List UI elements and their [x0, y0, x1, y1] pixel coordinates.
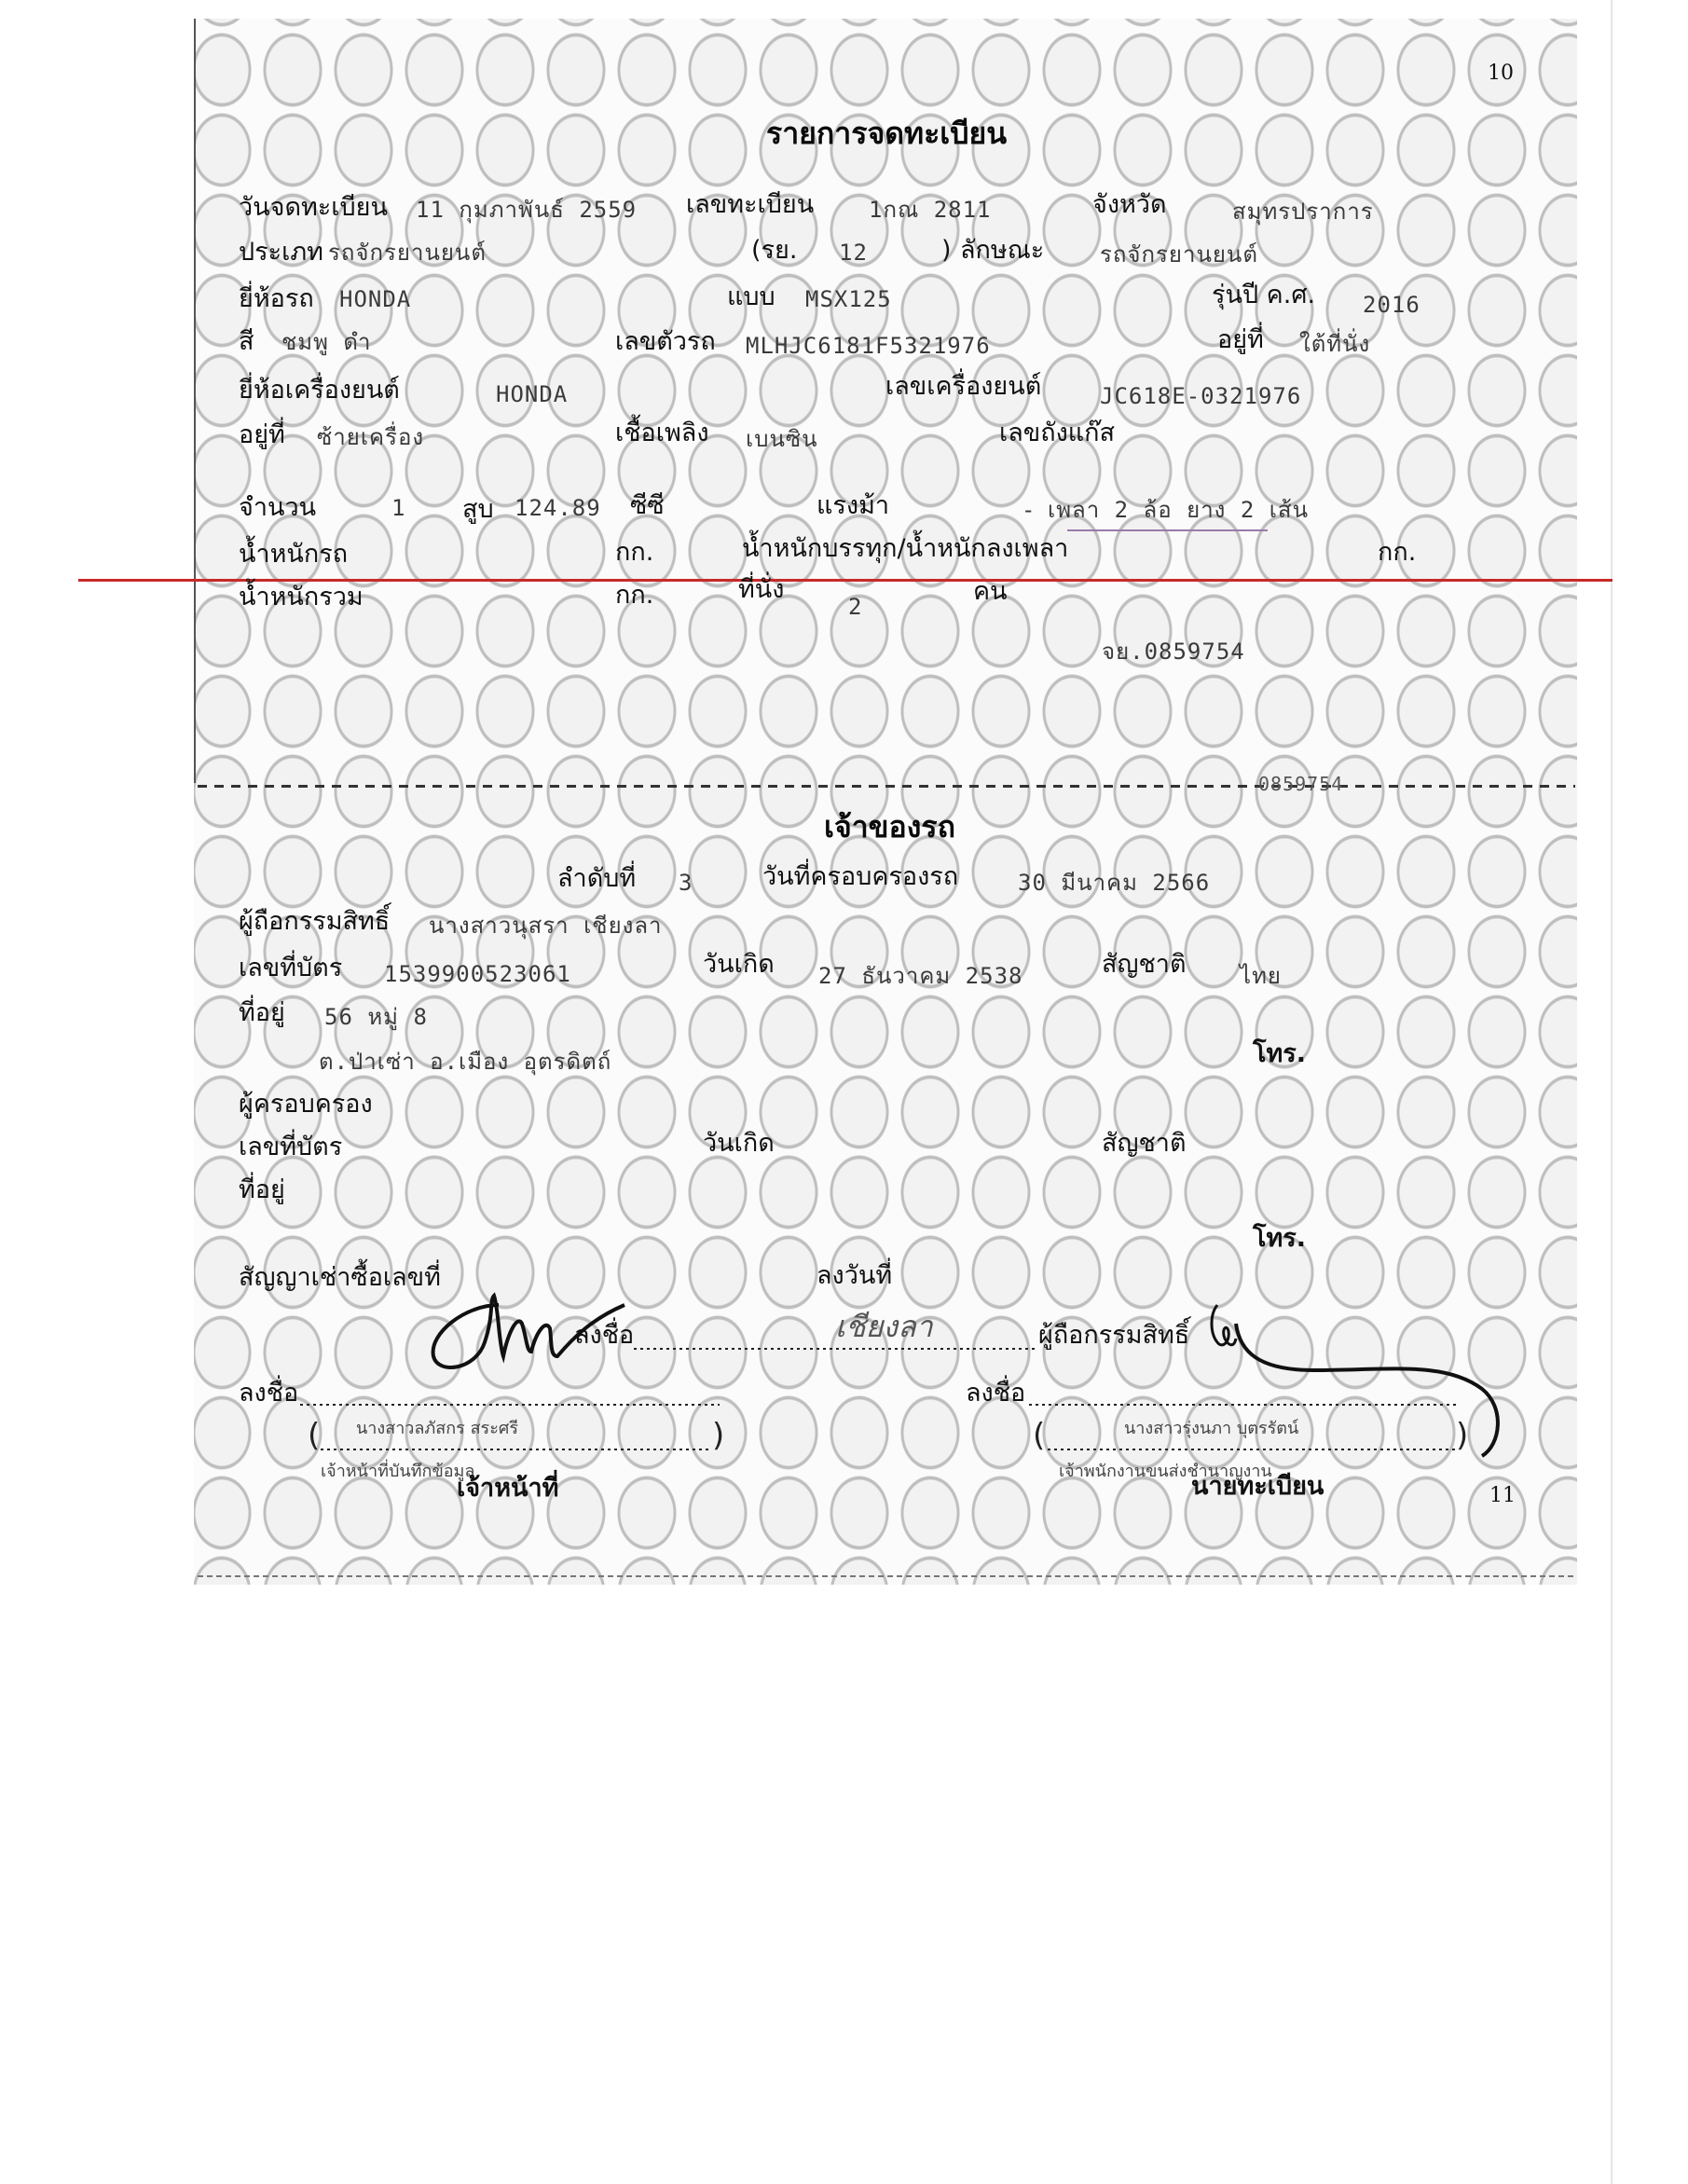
possessor-label: ผู้ครอบครอง — [239, 1091, 373, 1119]
chassis-location-label: อยู่ที่ — [1217, 326, 1264, 354]
reg-date-label: วันจดทะเบียน — [239, 194, 388, 222]
fuel-label: เชื้อเพลิง — [615, 419, 709, 447]
id-label: เลขที่บัตร — [239, 955, 342, 982]
fuel: เบนซิน — [746, 425, 818, 453]
engine-no-label: เลขเครื่องยนต์ — [885, 373, 1041, 401]
cylinder-unit: สูบ — [462, 496, 494, 524]
reference-code: จย.0859754 — [1102, 638, 1245, 666]
page-edge — [1611, 0, 1613, 2184]
annotation-underline — [1067, 529, 1268, 531]
section-separator — [198, 785, 1575, 788]
possessor-phone-label: โทร. — [1253, 1225, 1306, 1253]
seats: 2 — [848, 593, 862, 621]
nationality: ไทย — [1240, 962, 1282, 990]
registrar-paren-close: ) — [1456, 1417, 1468, 1454]
engine-location-label: อยู่ที่ — [239, 421, 285, 449]
reg-date: 11 กุมภาพันธ์ 2559 — [416, 196, 637, 224]
page-number-top: 10 — [1488, 60, 1514, 88]
holder-sign-name: เชียงลา — [835, 1312, 933, 1340]
possessor-address-label: ที่อยู่ — [239, 1176, 285, 1204]
chassis-number: MLHJC6181F5321976 — [746, 332, 991, 360]
payload-label: น้ำหนักบรรทุก/น้ำหนักลงเพลา — [742, 535, 1068, 563]
model: MSX125 — [805, 285, 892, 313]
type-label: ประเภท — [239, 239, 323, 267]
holder-name: นางสาวนุสรา เชียงลา — [429, 912, 663, 940]
gross-weight-label: น้ำหนักรวม — [239, 584, 364, 611]
seq: 3 — [679, 869, 693, 897]
color-label: สี — [239, 328, 254, 356]
dob: 27 ธันวาคม 2538 — [818, 962, 1022, 990]
style: รถจักรยานยนต์ — [1100, 240, 1258, 268]
chassis-label: เลขตัวรถ — [615, 328, 716, 356]
cc-unit: ซีซี — [630, 492, 665, 520]
kg-unit-2: กก. — [1378, 539, 1416, 567]
seats-label: ที่นั่ง — [738, 576, 784, 604]
holder-role: ผู้ถือกรรมสิทธิ์ — [1038, 1322, 1189, 1350]
officer-sign-line — [300, 1404, 720, 1406]
chassis-location: ใต้ที่นั่ง — [1299, 330, 1370, 358]
holder-sign-line — [634, 1348, 1035, 1350]
registrar-name: นางสาวรุ่งนภา บุตรรัตน์ — [1124, 1415, 1298, 1443]
red-mark-line — [78, 579, 1613, 582]
style-label: ลักษณะ — [960, 237, 1044, 265]
ry-value: 12 — [839, 239, 868, 267]
holder-signature — [410, 1286, 690, 1380]
registrar-sign-label: ลงชื่อ — [966, 1380, 1025, 1408]
engine-cc: 124.89 — [515, 494, 601, 522]
officer-name-line — [321, 1449, 712, 1450]
officer-sign-label: ลงชื่อ — [239, 1380, 298, 1408]
dob-label: วันเกิด — [703, 951, 775, 979]
engine-brand: HONDA — [496, 380, 568, 408]
officer-position: เจ้าหน้าที่บันทึกข้อมูล — [321, 1458, 474, 1486]
engine-brand-label: ยี่ห้อเครื่องยนต์ — [239, 377, 400, 405]
ry-label: (รย. — [751, 237, 797, 265]
holder-sign-label: ลงชื่อ — [574, 1322, 634, 1350]
page-number-bottom: 11 — [1489, 1482, 1516, 1510]
brand-label: ยี่ห้อรถ — [239, 285, 314, 313]
registrar-name-line — [1048, 1449, 1458, 1450]
ry-close: ) — [941, 237, 952, 265]
document-border-bottom — [198, 1575, 1575, 1577]
possessor-dob-label: วันเกิด — [703, 1130, 775, 1158]
phone-label: โทร. — [1253, 1040, 1306, 1068]
registrar-role: นายทะเบียน — [1191, 1473, 1324, 1501]
hp: - — [1022, 496, 1036, 524]
owner-title: เจ้าของรถ — [824, 813, 955, 841]
possessor-id-label: เลขที่บัตร — [239, 1133, 342, 1161]
cylinders: 1 — [391, 494, 405, 522]
possession-date-label: วันที่ครอบครองรถ — [762, 863, 958, 891]
type: รถจักรยานยนต์ — [328, 239, 487, 267]
plate: 1กณ 2811 — [869, 196, 992, 224]
possessor-nationality-label: สัญชาติ — [1102, 1130, 1187, 1158]
separator-code: 0859754 — [1258, 770, 1343, 798]
hp-label: แรงม้า — [817, 492, 889, 520]
engine-location: ซ้ายเครื่อง — [317, 423, 424, 451]
document-border — [194, 19, 196, 783]
color: ชมพู ดำ — [281, 328, 371, 356]
brand: HONDA — [339, 285, 411, 313]
seats-unit: คน — [973, 578, 1008, 606]
possession-date: 30 มีนาคม 2566 — [1018, 869, 1210, 897]
province: สมุทรปราการ — [1232, 198, 1374, 226]
signed-date-label: ลงวันที่ — [817, 1262, 892, 1290]
address-line-1: 56 หมู่ 8 — [324, 1003, 428, 1031]
kg-unit-3: กก. — [615, 582, 653, 610]
address-line-2: ต.ป่าเซ่า อ.เมือง อุตรดิตถ์ — [319, 1048, 611, 1076]
plate-label: เลขทะเบียน — [686, 191, 814, 219]
holder-label: ผู้ถือกรรมสิทธิ์ — [239, 908, 390, 936]
id-number: 1539900523061 — [384, 960, 571, 988]
officer-role: เจ้าหน้าที่ — [457, 1475, 558, 1503]
address-label: ที่อยู่ — [239, 999, 285, 1027]
model-label: แบบ — [727, 283, 775, 311]
registrar-paren-open: ( — [1033, 1417, 1045, 1454]
officer-paren-close: ) — [712, 1417, 724, 1454]
model-year: 2016 — [1363, 291, 1420, 319]
vehicle-weight-label: น้ำหนักรถ — [239, 541, 348, 569]
cylinders-label: จำนวน — [239, 494, 316, 522]
engine-number: JC618E-0321976 — [1100, 382, 1301, 410]
axle-wheel: เพลา 2 ล้อ ยาง 2 เส้น — [1048, 496, 1309, 524]
seq-label: ลำดับที่ — [557, 865, 636, 893]
kg-unit-1: กก. — [615, 539, 653, 567]
registrar-sign-line — [1029, 1404, 1458, 1406]
model-year-label: รุ่นปี ค.ศ. — [1212, 282, 1315, 309]
gas-tank-label: เลขถังแก๊ส — [999, 419, 1115, 447]
province-label: จังหวัด — [1092, 191, 1167, 219]
officer-name: นางสาวลภัสกร สระศรี — [356, 1415, 518, 1443]
nationality-label: สัญชาติ — [1102, 951, 1187, 979]
registration-title: รายการจดทะเบียน — [766, 119, 1007, 147]
officer-paren-open: ( — [308, 1417, 320, 1454]
